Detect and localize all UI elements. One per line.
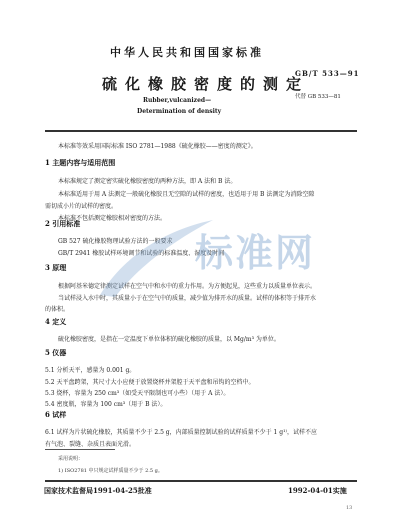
implementation-date: 1992-04-01实施 [288,486,347,496]
english-title-line1: Rubber,vulcanized— [143,97,211,104]
section-3-para: 的体积。 [45,304,69,313]
watermark-text: 标准网 [195,222,315,277]
footnote-text: 1) ISO2781 中只规定试样质量不少于 2.5 g。 [58,467,163,474]
section-5-item: 5.4 密度瓶，容量为 100 cm³（用于 B 法）。 [45,399,166,408]
footer-divider [45,480,357,482]
section-heading-6: 6 试样 [45,410,66,420]
approval-date: 国家技术监督局1991-04-25批准 [44,486,152,496]
section-6-para: 有气泡、裂缝、杂质且表面光滑。 [45,439,135,448]
section-heading-5: 5 仪器 [45,348,66,358]
standard-code: GB/T 533—91 [295,69,359,78]
section-heading-4: 4 定义 [45,317,66,327]
section-5-item: 5.1 分析天平，感量为 0.001 g。 [45,365,135,374]
national-standard-label: 中华人民共和国国家标准 [110,44,264,60]
section-5-item: 5.3 烧杯，容量为 250 cm³（如受天平限制也可小些）（用于 A 法）。 [45,388,229,397]
header-divider [45,130,357,132]
footnote-label: 采用说明： [58,455,83,462]
english-title-line2: Determination of density [137,108,221,115]
replaces-standard: 代替 GB 533—81 [295,92,341,100]
section-1-para: 需切成小片的试样的密度。 [45,201,117,210]
intro-paragraph: 本标准等效采用国际标准 ISO 2781—1988《硫化橡胶——密度的测定》。 [58,141,257,150]
section-4-para: 硫化橡胶密度，是指在一定温度下单位体积的硫化橡胶的质量，以 Mg/m³ 为单位。 [58,334,280,343]
footnote-divider [45,449,115,450]
section-heading-2: 2 引用标准 [45,219,80,229]
section-6-para: 6.1 试样为片状硫化橡胶，其质量不少于 2.5 g，内部质量控制试验的试样质量… [45,427,317,436]
section-5-item: 5.2 天平盘跨架，其尺寸大小应便于放置烧杯并架腔于天平盘和吊钩的空档中。 [45,377,254,386]
page-title: 硫化橡胶密度的测定 [102,73,309,94]
section-1-para: 本标准适用于用 A 法测定一般硫化橡胶且无空隙的试样的密度，也适用于用 B 法测… [58,189,314,198]
section-heading-1: 1 主题内容与适用范围 [45,158,115,168]
page-number: 13 [346,505,352,511]
section-heading-3: 3 原理 [45,263,66,273]
section-1-para: 本标准规定了测定密实硫化橡胶密度的两种方法，即 A 法和 B 法。 [58,176,236,185]
